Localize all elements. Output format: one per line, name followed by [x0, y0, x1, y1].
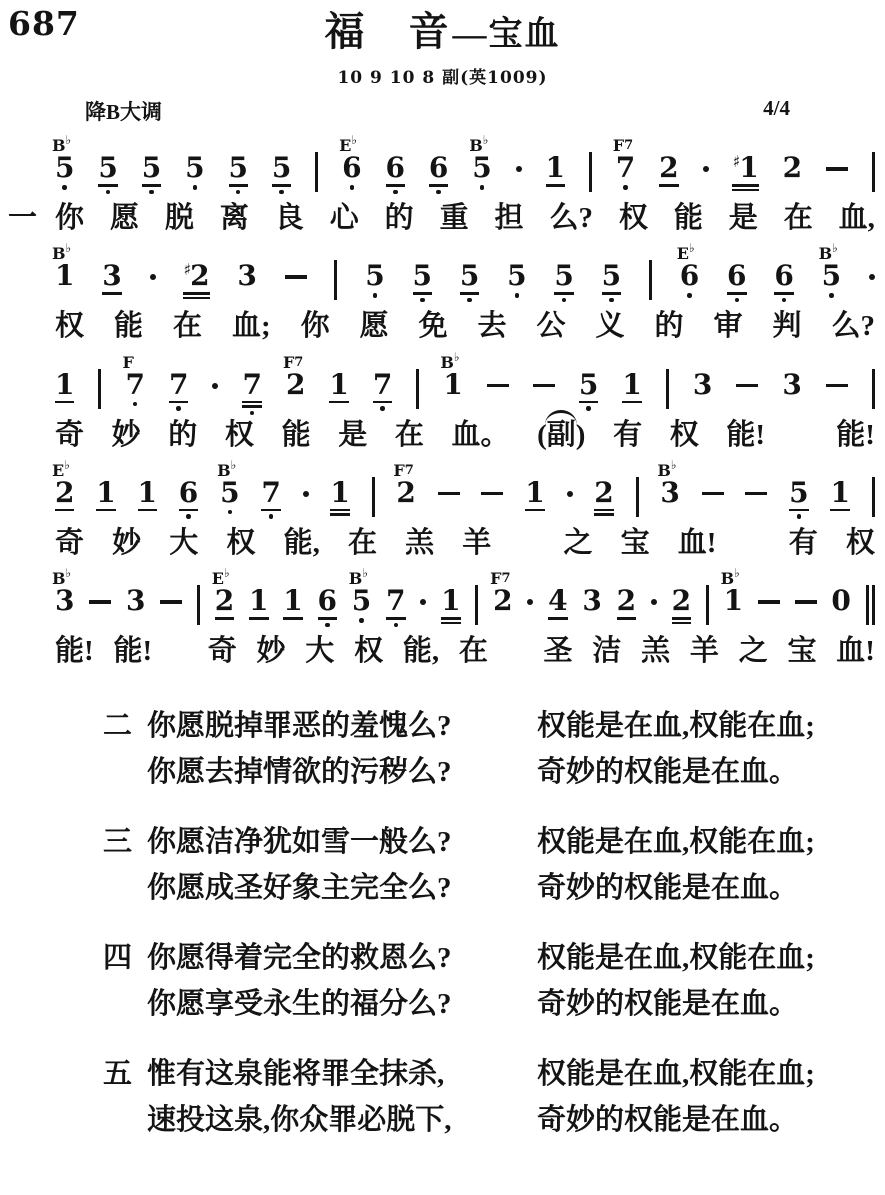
- note: 4: [548, 587, 567, 620]
- duration-underline: [774, 292, 793, 295]
- verse-text-left: 你愿脱掉罪恶的羞愧么?: [147, 703, 511, 749]
- lyric-syllable: 之: [564, 525, 593, 561]
- lyric-syllable: 能!: [726, 417, 765, 453]
- duration-dash: [487, 384, 509, 388]
- chord-label: E♭: [677, 242, 695, 262]
- note: 3: [237, 262, 256, 290]
- low-octave-dot: [562, 298, 567, 303]
- note: 6: [774, 262, 793, 302]
- notation-row: B♭33E♭2116B♭571F724322B♭10: [55, 563, 875, 629]
- note-digit: 3: [660, 479, 679, 507]
- note: 3: [582, 587, 601, 615]
- barline: [872, 477, 875, 517]
- note: 5: [507, 262, 526, 298]
- time-signature: 4/4: [763, 96, 790, 126]
- duration-underline: [329, 401, 348, 404]
- note: 7: [261, 479, 280, 519]
- duration-underline: [672, 617, 691, 620]
- lyric-syllable: 心: [330, 200, 359, 236]
- note: F7: [125, 371, 144, 407]
- note: ♯1: [732, 154, 758, 191]
- chord-label: B♭: [440, 351, 459, 371]
- low-octave-dot: [394, 623, 399, 628]
- note: 5: [185, 154, 204, 190]
- lyric-syllable: 能: [282, 417, 311, 453]
- verse: 五惟有这泉能将罪全抹杀,权能是在血,权能在血;速投这泉,你众罪必脱下,奇妙的权能…: [103, 1051, 885, 1143]
- note-digit: 7: [242, 371, 261, 399]
- chord-label: E♭: [339, 134, 357, 154]
- lyric-line: 奇妙的权能是在血。(副)有权能!能!: [55, 417, 875, 453]
- lyric-syllable: 权: [225, 417, 254, 453]
- note: 6: [318, 587, 337, 627]
- duration-underline: [183, 292, 209, 295]
- lyric-syllable: 妙: [112, 525, 141, 561]
- note: 7: [373, 371, 392, 411]
- verse-text-left: 你愿得着完全的救恩么?: [147, 935, 511, 981]
- note: 1: [55, 371, 74, 404]
- note: 5: [142, 154, 161, 194]
- note-digit: 1: [830, 479, 849, 507]
- lyric-syllable: 么?: [831, 308, 875, 344]
- flat-sign: ♭: [454, 350, 460, 364]
- lyric-syllable: 洁: [592, 633, 621, 669]
- note-digit: 5: [365, 262, 384, 290]
- lyric-syllable: 能!: [836, 417, 875, 453]
- verse-line: 你愿脱掉罪恶的羞愧么?权能是在血,权能在血;: [147, 703, 815, 749]
- note-digit: 6: [429, 154, 448, 182]
- chord-extension: 7: [501, 571, 510, 586]
- note-digit: 6: [318, 587, 337, 615]
- note-digit: 1: [330, 479, 349, 507]
- note-digit: 1: [283, 587, 302, 615]
- augmentation-dot: [869, 274, 875, 280]
- lyric-syllable: 血!: [678, 525, 717, 561]
- lyric-syllable: 能,: [284, 525, 320, 561]
- low-octave-dot: [609, 298, 614, 303]
- low-octave-dot: [623, 185, 628, 190]
- sharp-sign: ♯: [732, 152, 739, 171]
- lyric-syllable: 担: [495, 200, 524, 236]
- lyric-syllable: 有: [613, 417, 642, 453]
- chord-label: F7: [613, 138, 633, 154]
- note-digit: 5: [602, 262, 621, 290]
- duration-underline: [732, 184, 758, 187]
- duration-underline: [441, 617, 460, 620]
- chord-label: F7: [393, 463, 413, 479]
- duration-dash: [160, 600, 182, 604]
- duration-dash: [826, 167, 848, 171]
- note: 5: [229, 154, 248, 194]
- augmentation-dot: [703, 166, 709, 172]
- duration-underline: [283, 617, 302, 620]
- lyric-syllable: 么?: [549, 200, 593, 236]
- lyric-syllable: 权: [55, 308, 84, 344]
- lyric-syllable: 血,: [839, 200, 875, 236]
- lyric-syllable: 宝: [621, 525, 650, 561]
- barline: [197, 585, 200, 625]
- note-digit: 6: [386, 154, 405, 182]
- note-digit: 3: [55, 587, 74, 615]
- note: 5: [579, 371, 598, 411]
- flat-sign: ♭: [671, 458, 677, 472]
- chord-label: F7: [283, 355, 303, 371]
- duration-underline: [594, 509, 613, 512]
- lyric-syllable: 良: [275, 200, 304, 236]
- lyric-syllable: 去: [478, 308, 507, 344]
- music-system: 1F777F7217B♭15133奇妙的权能是在血。(副)有权能!能!: [55, 347, 875, 453]
- sharp-sign: ♯: [183, 260, 190, 279]
- flat-sign: ♭: [64, 458, 70, 472]
- note: B♭5: [352, 587, 371, 623]
- note: 1: [96, 479, 115, 512]
- flat-sign: ♭: [66, 133, 72, 147]
- lyric-syllable: 能: [674, 200, 703, 236]
- verse: 二你愿脱掉罪恶的羞愧么?权能是在血,权能在血;你愿去掉情欲的污秽么?奇妙的权能是…: [103, 703, 885, 795]
- flat-sign: ♭: [351, 133, 357, 147]
- note-digit: 4: [548, 587, 567, 615]
- note-digit: 7: [125, 371, 144, 399]
- low-octave-dot: [186, 514, 191, 519]
- note: B♭1: [55, 262, 74, 290]
- note: 2: [594, 479, 613, 516]
- duration-dash: [745, 492, 767, 496]
- note: B♭5: [472, 154, 491, 190]
- barline: [416, 369, 419, 409]
- note-digit: 5: [272, 154, 291, 182]
- note-digit: 5: [472, 154, 491, 182]
- verse-text-left: 你愿享受永生的福分么?: [147, 981, 511, 1027]
- duration-underline: [672, 622, 691, 625]
- lyric-syllable: 羊: [690, 633, 719, 669]
- low-octave-dot: [62, 185, 67, 190]
- chord-label: F7: [490, 571, 510, 587]
- verse-lines: 惟有这泉能将罪全抹杀,权能是在血,权能在血;速投这泉,你众罪必脱下,奇妙的权能是…: [147, 1051, 815, 1143]
- verse-text-left: 你愿去掉情欲的污秽么?: [147, 749, 511, 795]
- flat-sign: ♭: [734, 566, 740, 580]
- music-notation: B♭555555E♭666B♭51F772♯12一你愿脱离良心的重担么?权能是在…: [0, 130, 885, 669]
- chord-extension: 7: [294, 355, 303, 370]
- note: 1: [330, 479, 349, 516]
- chord-label: B♭: [819, 242, 838, 262]
- note-digit: 3: [782, 371, 801, 399]
- lyric-line: 权能在血;你愿免去公义的审判么?: [55, 308, 875, 344]
- note-digit: 1: [441, 587, 460, 615]
- note-digit: 6: [179, 479, 198, 507]
- duration-underline: [242, 401, 261, 404]
- note-digit: 2: [286, 371, 305, 399]
- chord-label: B♭: [52, 567, 71, 587]
- flat-sign: ♭: [689, 241, 695, 255]
- note: 7: [386, 587, 405, 627]
- note: E♭2: [55, 479, 74, 512]
- duration-underline: [102, 292, 121, 295]
- chord-label: E♭: [212, 567, 230, 587]
- note: 5: [98, 154, 117, 194]
- note: 3: [782, 371, 801, 399]
- duration-underline: [460, 292, 479, 295]
- augmentation-dot: [303, 491, 309, 497]
- music-system: B♭33E♭2116B♭571F724322B♭10能!能!奇妙大权能,在圣洁羔…: [55, 563, 875, 669]
- key-signature: 降B大调: [85, 96, 162, 126]
- title-suffix: —宝血: [453, 16, 561, 53]
- hymn-number: 687: [8, 4, 80, 43]
- augmentation-dot: [651, 599, 657, 605]
- lyric-syllable: 之: [739, 633, 768, 669]
- lyric-syllable: 羔: [641, 633, 670, 669]
- lyric-syllable: 奇: [55, 417, 84, 453]
- chord-label: B♭: [217, 459, 236, 479]
- note: F72: [396, 479, 415, 507]
- lyric-syllable: 权: [846, 525, 875, 561]
- verse-text-left: 惟有这泉能将罪全抹杀,: [147, 1051, 511, 1097]
- note-digit: 5: [507, 262, 526, 290]
- augmentation-dot: [212, 383, 218, 389]
- lyric-syllable: 能: [114, 308, 143, 344]
- page-title: 福 音—宝血: [0, 10, 885, 54]
- verse-line: 惟有这泉能将罪全抹杀,权能是在血,权能在血;: [147, 1051, 815, 1097]
- duration-underline: [386, 184, 405, 187]
- note: 0: [831, 587, 850, 615]
- note: 5: [789, 479, 808, 519]
- duration-underline: [318, 617, 337, 620]
- duration-underline: [622, 401, 641, 404]
- lyric-syllable: 愿: [360, 308, 389, 344]
- note-digit: 7: [386, 587, 405, 615]
- duration-underline: [579, 401, 598, 404]
- duration-underline: [548, 617, 567, 620]
- low-octave-dot: [797, 514, 802, 519]
- duration-underline: [98, 184, 117, 187]
- notation-row: 1F777F7217B♭15133: [55, 347, 875, 413]
- note: 7: [242, 371, 261, 416]
- low-octave-dot: [373, 293, 378, 298]
- note: B♭5: [822, 262, 841, 298]
- note: 5: [554, 262, 573, 302]
- verse-line: 你愿成圣好象主完全么?奇妙的权能是在血。: [147, 865, 815, 911]
- lyric-syllable: 权: [354, 633, 383, 669]
- flat-sign: ♭: [483, 133, 489, 147]
- barline: [666, 369, 669, 409]
- flat-sign: ♭: [362, 566, 368, 580]
- note-digit: 3: [582, 587, 601, 615]
- lyric-spacer: [519, 525, 535, 561]
- note-digit: 2: [672, 587, 691, 615]
- note-digit: 1: [525, 479, 544, 507]
- lyric-syllable: 审: [713, 308, 742, 344]
- note-digit: 5: [55, 154, 74, 182]
- low-octave-dot: [782, 298, 787, 303]
- barline: [315, 152, 318, 192]
- note-digit: 5: [185, 154, 204, 182]
- note-digit: 1: [138, 479, 157, 507]
- notation-row: B♭555555E♭666B♭51F772♯12: [55, 130, 875, 196]
- lyric-syllable: 公: [537, 308, 566, 344]
- lyric-syllable: 愿: [110, 200, 139, 236]
- barline: [706, 585, 709, 625]
- note: 7: [169, 371, 188, 411]
- lyric-syllable: 在: [459, 633, 488, 669]
- note: 5: [365, 262, 384, 298]
- barline: [475, 585, 478, 625]
- note: 5: [413, 262, 432, 302]
- notation-row: E♭2116B♭571F7212B♭351: [55, 455, 875, 521]
- low-octave-dot: [250, 411, 255, 416]
- note: 1: [249, 587, 268, 620]
- chord-label: B♭: [657, 459, 676, 479]
- low-octave-dot: [359, 618, 364, 623]
- barline: [372, 477, 375, 517]
- duration-underline: [272, 184, 291, 187]
- chord-extension: 7: [624, 138, 633, 153]
- verse-text-right: 权能是在血,权能在血;: [537, 703, 815, 749]
- lyric-syllable: 能!: [113, 633, 152, 669]
- low-octave-dot: [228, 510, 233, 515]
- note-digit: 3: [126, 587, 145, 615]
- lyric-line: 能!能!奇妙大权能,在圣洁羔羊之宝血!: [55, 633, 875, 669]
- lyric-syllable: 有: [789, 525, 818, 561]
- note-digit: 1: [249, 587, 268, 615]
- note-digit: 1: [96, 479, 115, 507]
- augmentation-dot: [516, 166, 522, 172]
- lyric-syllable: 在: [348, 525, 377, 561]
- duration-underline: [373, 401, 392, 404]
- lyric-syllable: 大: [305, 633, 334, 669]
- note-digit: 6: [680, 262, 699, 290]
- duration-dash: [702, 492, 724, 496]
- note-digit: 2: [215, 587, 234, 615]
- duration-underline: [546, 184, 565, 187]
- lyric-syllable: 的: [655, 308, 684, 344]
- lyric-syllable: 重: [440, 200, 469, 236]
- verse-number: 五: [103, 1051, 147, 1143]
- note: ♯2: [183, 262, 209, 299]
- duration-underline: [229, 184, 248, 187]
- barline: [98, 369, 101, 409]
- note: 1: [138, 479, 157, 512]
- duration-underline: [215, 617, 234, 620]
- verse-lines: 你愿脱掉罪恶的羞愧么?权能是在血,权能在血;你愿去掉情欲的污秽么?奇妙的权能是在…: [147, 703, 815, 795]
- note-digit: 2: [659, 154, 678, 182]
- verse-text-right: 权能是在血,权能在血;: [537, 819, 815, 865]
- lyric-syllable: 奇: [208, 633, 237, 669]
- lyric-syllable: 妙: [256, 633, 285, 669]
- verse-text-right: 奇妙的权能是在血。: [537, 1097, 798, 1143]
- note: 6: [179, 479, 198, 519]
- note: 2: [672, 587, 691, 624]
- low-octave-dot: [515, 293, 520, 298]
- low-octave-dot: [420, 298, 425, 303]
- note-digit: 1: [622, 371, 641, 399]
- verse-text-right: 奇妙的权能是在血。: [537, 749, 798, 795]
- flat-sign: ♭: [224, 566, 230, 580]
- note-digit: 2: [594, 479, 613, 507]
- note-digit: 2: [617, 587, 636, 615]
- note-digit: 3: [102, 262, 121, 290]
- lyric-syllable: 在: [173, 308, 202, 344]
- note: 6: [386, 154, 405, 194]
- note-digit: 2: [55, 479, 74, 507]
- duration-dash: [89, 600, 111, 604]
- note-digit: 5: [822, 262, 841, 290]
- low-octave-dot: [393, 190, 398, 195]
- duration-underline: [732, 189, 758, 192]
- note: 1: [622, 371, 641, 404]
- low-octave-dot: [133, 402, 138, 407]
- note: 5: [272, 154, 291, 194]
- note: B♭3: [660, 479, 679, 507]
- note: B♭5: [220, 479, 239, 515]
- lyric-syllable: 的: [168, 417, 197, 453]
- chord-label: F: [122, 355, 133, 371]
- duration-dash: [438, 492, 460, 496]
- low-octave-dot: [436, 190, 441, 195]
- note-digit: 1: [55, 262, 74, 290]
- duration-underline: [55, 401, 74, 404]
- note-digit: 5: [98, 154, 117, 182]
- note: E♭6: [680, 262, 699, 298]
- duration-underline: [242, 405, 261, 408]
- low-octave-dot: [380, 406, 385, 411]
- duration-dash: [481, 492, 503, 496]
- final-barline: [866, 585, 875, 625]
- augmentation-dot: [527, 599, 533, 605]
- chord-extension: 7: [405, 463, 414, 478]
- note: 3: [693, 371, 712, 399]
- low-octave-dot: [829, 293, 834, 298]
- lyric-syllable: 你: [301, 308, 330, 344]
- note-digit: 1: [329, 371, 348, 399]
- note-digit: 5: [413, 262, 432, 290]
- note-digit: 5: [460, 262, 479, 290]
- duration-dash: [533, 384, 555, 388]
- flat-sign: ♭: [66, 241, 72, 255]
- verse-line: 你愿去掉情欲的污秽么?奇妙的权能是在血。: [147, 749, 815, 795]
- meter-pattern: 10 9 10 8 副(英1009): [0, 63, 885, 88]
- duration-underline: [429, 184, 448, 187]
- duration-dash: [758, 600, 780, 604]
- verse-line: 你愿享受永生的福分么?奇妙的权能是在血。: [147, 981, 815, 1027]
- note-digit: 0: [831, 587, 850, 615]
- lyric-syllable: 妙: [112, 417, 141, 453]
- chord-label: B♭: [52, 242, 71, 262]
- note-digit: 5: [579, 371, 598, 399]
- barline: [872, 369, 875, 409]
- duration-underline: [96, 509, 115, 512]
- lyric-syllable: 在: [395, 417, 424, 453]
- lyric-syllable: 免: [419, 308, 448, 344]
- duration-dash: [285, 275, 307, 279]
- low-octave-dot: [106, 190, 111, 195]
- lyric-syllable: 能,: [403, 633, 439, 669]
- note-digit: 7: [261, 479, 280, 507]
- note: 1: [441, 587, 460, 624]
- low-octave-dot: [350, 185, 355, 190]
- verse-text-left: 你愿成圣好象主完全么?: [147, 865, 511, 911]
- duration-underline: [789, 509, 808, 512]
- lyric-syllable: 血。: [451, 417, 509, 453]
- barline: [636, 477, 639, 517]
- verse-text-right: 权能是在血,权能在血;: [537, 935, 815, 981]
- verse-line: 你愿洁净犹如雪一般么?权能是在血,权能在血;: [147, 819, 815, 865]
- note-digit: 7: [616, 154, 635, 182]
- low-octave-dot: [279, 190, 284, 195]
- note: 3: [102, 262, 121, 295]
- lyric-syllable: 权: [619, 200, 648, 236]
- key-time-row: 降B大调 4/4: [0, 88, 885, 126]
- lyric-syllable: 是: [338, 417, 367, 453]
- note: E♭2: [215, 587, 234, 620]
- lyric-syllable: 判: [772, 308, 801, 344]
